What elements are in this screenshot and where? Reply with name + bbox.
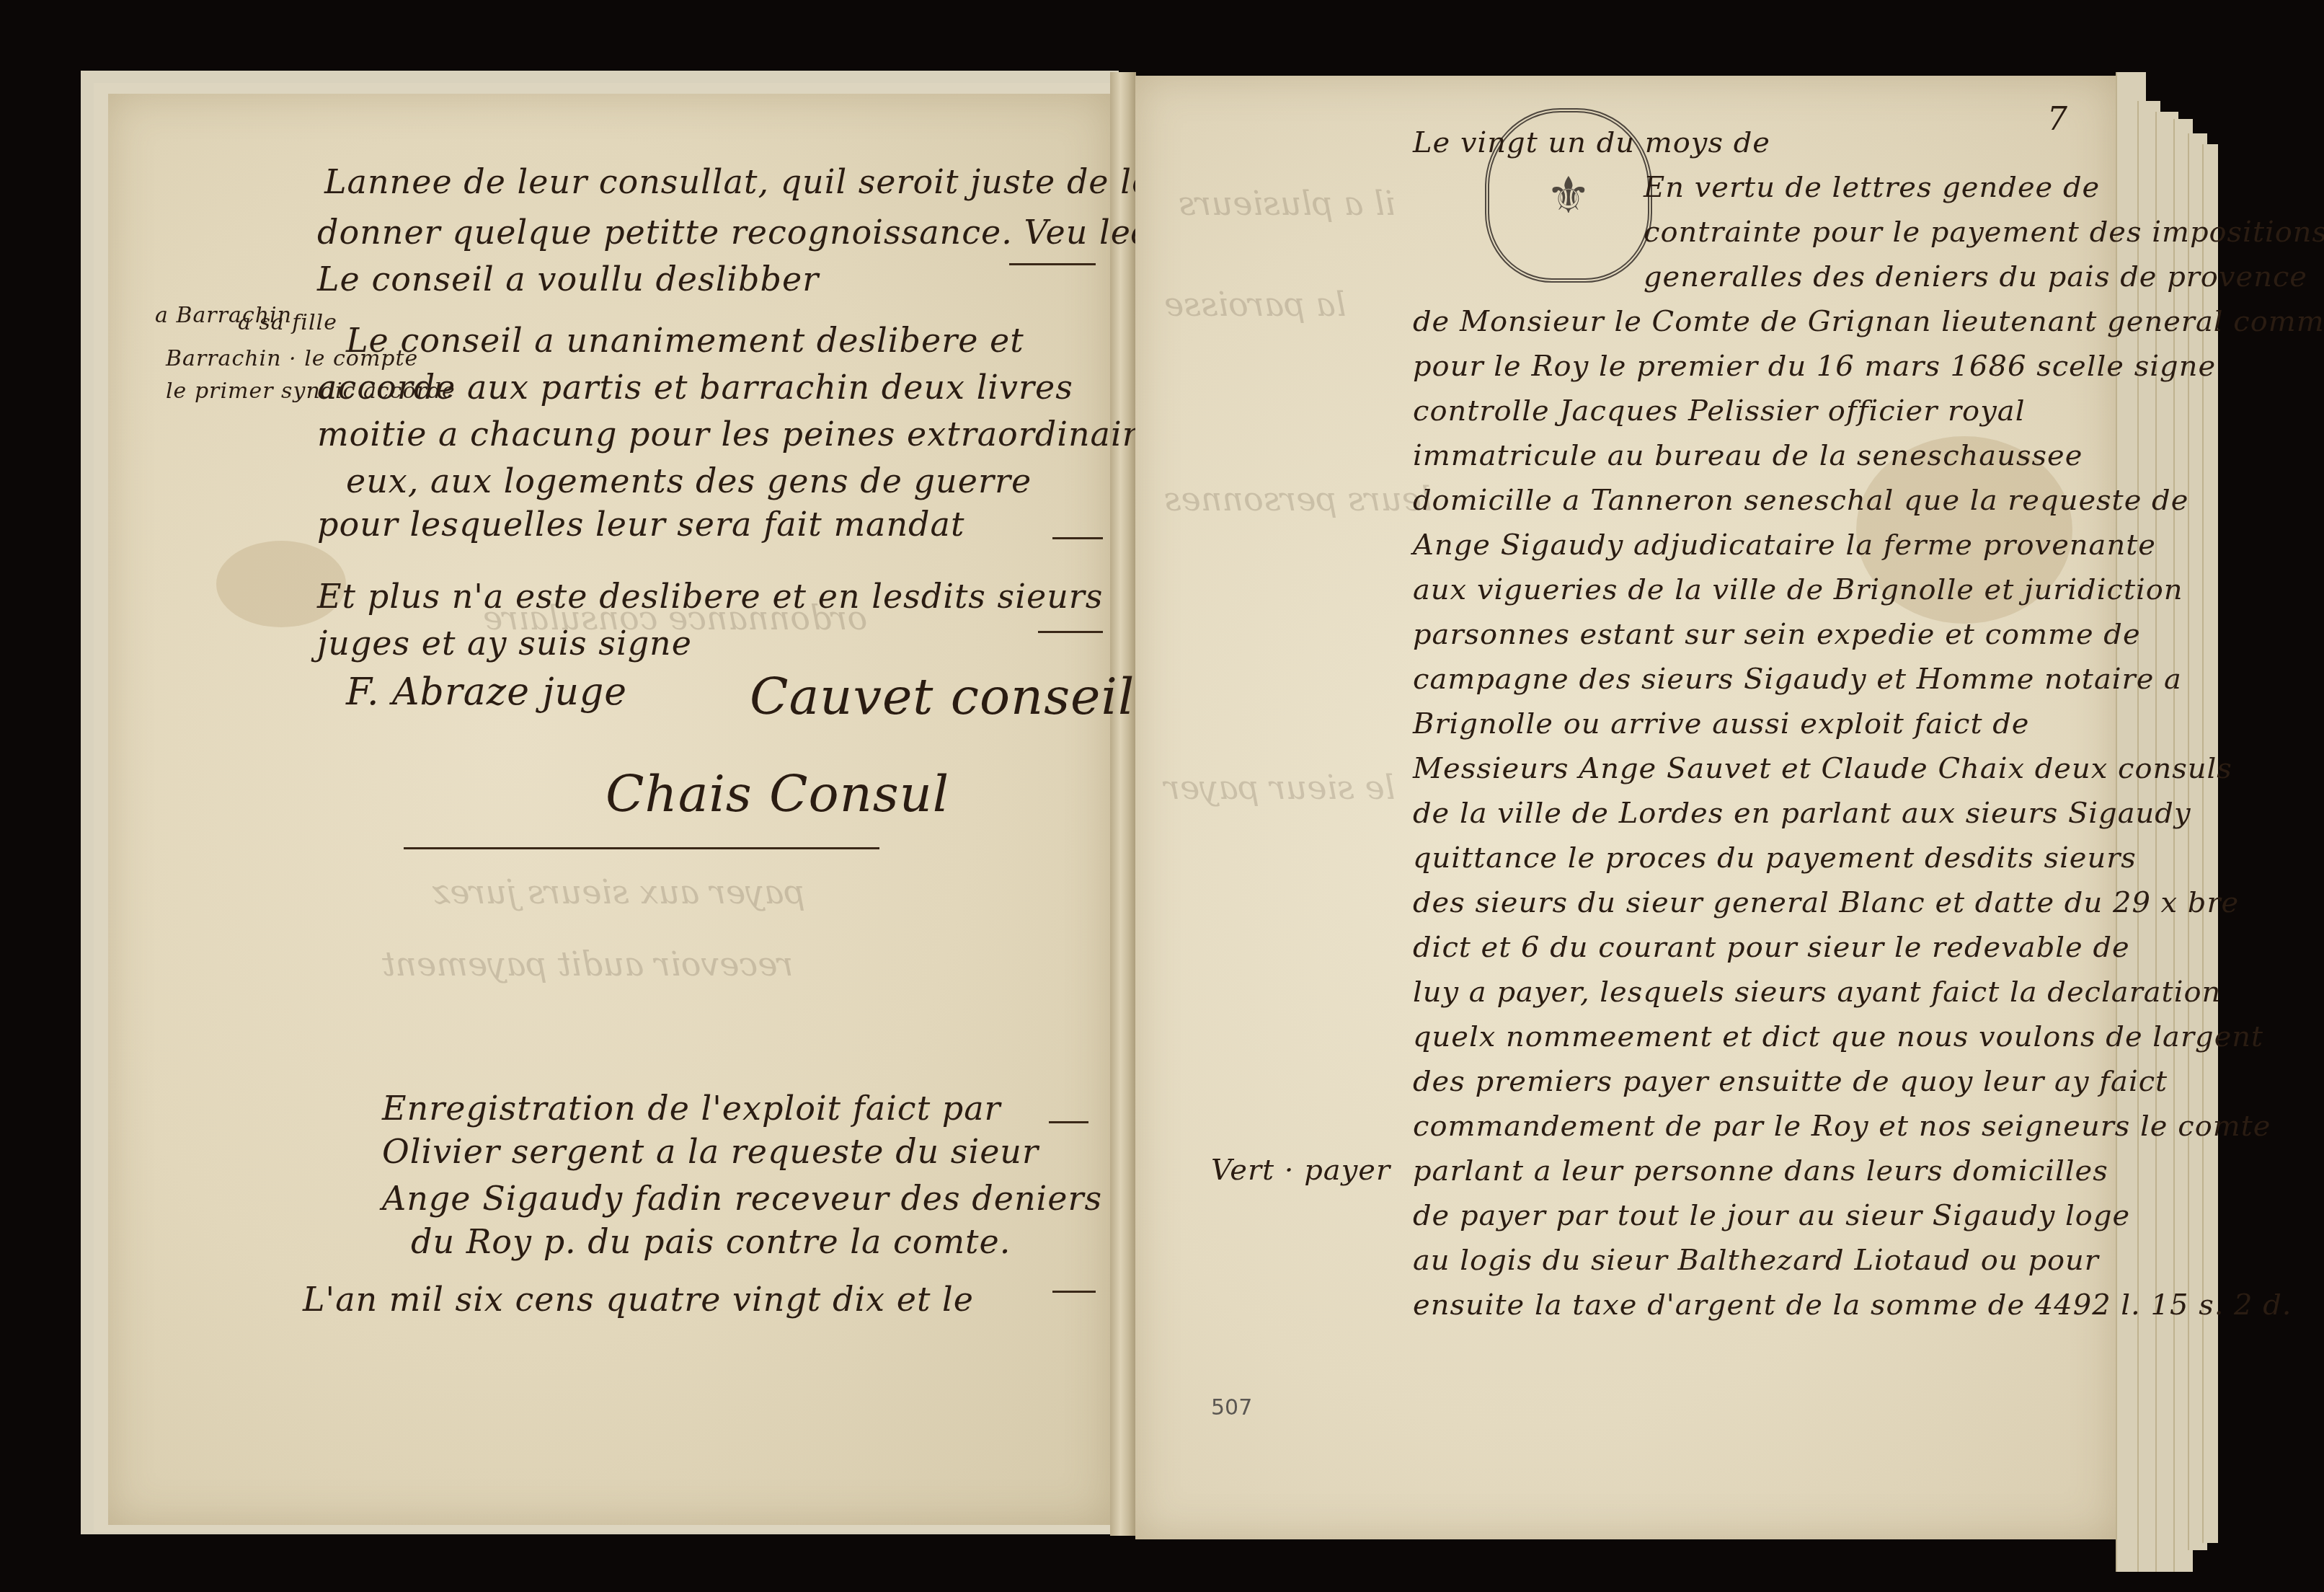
binding-gutter [1110, 72, 1136, 1536]
entry2-line-2: Olivier sergent a la requeste du sieur [382, 1132, 1039, 1171]
right-line-8: immatricule au bureau de la seneschausse… [1413, 439, 2083, 472]
bleed-through-text: il a plusieurs [1179, 184, 1396, 223]
right-line-25: de payer par tout le jour au sieur Sigau… [1413, 1199, 2130, 1232]
right-line-20: luy a payer, lesquels sieurs ayant faict… [1413, 976, 2221, 1009]
left-line-7: eux, aux logements des gens de guerre [346, 461, 1032, 500]
left-line-4: Le conseil a unanimement deslibere et [346, 321, 1024, 360]
margin-note-2: a sa fille [238, 310, 337, 335]
line-end-dash [1049, 1121, 1088, 1123]
line-end-dash [1009, 263, 1096, 265]
right-line-3: contrainte pour le payement des impositi… [1644, 216, 2324, 249]
right-line-24: parlant a leur personne dans leurs domic… [1413, 1154, 2108, 1188]
left-line-2: donner quelque petitte recognoissance. V… [317, 213, 1179, 252]
entry2-line-3: Ange Sigaudy fadin receveur des deniers [382, 1179, 1102, 1218]
pencil-folio-number: 507 [1211, 1395, 1252, 1420]
right-line-27: ensuite la taxe d'argent de la somme de … [1413, 1288, 2292, 1322]
right-line-17: quittance le proces du payement desdits … [1413, 841, 2137, 875]
signature-conseil: Cauvet conseil [750, 667, 1135, 726]
left-line-5: accorde aux partis et barrachin deux liv… [317, 368, 1073, 407]
right-margin-note: Vert · payer [1211, 1154, 1391, 1187]
right-line-23: commandement de par le Roy et nos seigne… [1413, 1110, 2271, 1143]
bleed-through-text: payer aux sieurs jurez [433, 872, 805, 911]
bleed-through-text: recevoir audit payement [382, 945, 794, 983]
right-line-2: En vertu de lettres gendee de [1644, 171, 2100, 204]
left-line-10: juges et ay suis signe [317, 624, 692, 663]
right-line-13: campagne des sieurs Sigaudy et Homme not… [1413, 663, 2182, 696]
right-line-21: quelx nommeement et dict que nous voulon… [1413, 1020, 2263, 1053]
right-line-12: parsonnes estant sur sein expedie et com… [1413, 618, 2141, 651]
right-line-10: Ange Sigaudy adjudicataire la ferme prov… [1413, 529, 2156, 562]
folio-number: 7 [2047, 101, 2068, 138]
entry2-line-5: L'an mil six cens quatre vingt dix et le [303, 1280, 974, 1319]
line-end-dash [1052, 537, 1103, 539]
right-line-18: des sieurs du sieur general Blanc et dat… [1413, 886, 2239, 919]
right-line-4: generalles des deniers du pais de proven… [1644, 260, 2307, 293]
right-line-19: dict et 6 du courant pour sieur le redev… [1413, 931, 2130, 964]
signature-rule [404, 847, 879, 849]
entry2-line-1: Enregistration de l'exploit faict par [382, 1089, 1001, 1128]
bleed-through-text: la paroisse [1164, 285, 1346, 324]
right-line-1: Le vingt un du moys de [1413, 126, 1770, 159]
right-line-9: domicille a Tanneron seneschal que la re… [1413, 484, 2188, 517]
signature-consul: Chais Consul [606, 764, 949, 823]
left-line-1: Lannee de leur consullat, quil seroit ju… [324, 162, 1191, 201]
right-line-15: Messieurs Ange Sauvet et Claude Chaix de… [1413, 752, 2232, 785]
left-line-3: Le conseil a voullu deslibber [317, 260, 819, 298]
entry2-line-4: du Roy p. du pais contre la comte. [411, 1222, 1011, 1261]
left-line-6: moitie a chacung pour les peines extraor… [317, 415, 1247, 454]
right-line-14: Brignolle ou arrive aussi exploit faict … [1413, 707, 2030, 740]
bleed-through-text: leurs personnes [1164, 479, 1432, 518]
right-line-26: au logis du sieur Balthezard Liotaud ou … [1413, 1244, 2099, 1277]
line-end-dash [1038, 631, 1103, 633]
right-line-11: aux vigueries de la ville de Brignolle e… [1413, 573, 2183, 606]
right-line-6: pour le Roy le premier du 16 mars 1686 s… [1413, 350, 2216, 383]
right-line-5: de Monsieur le Comte de Grignan lieutena… [1413, 305, 2324, 338]
bleed-through-text: le sieur payer [1164, 768, 1395, 807]
right-line-7: controlle Jacques Pelissier officier roy… [1413, 394, 2025, 428]
line-end-dash [1052, 1291, 1096, 1293]
signature-juge: F. Abraze juge [346, 671, 627, 714]
left-line-8: pour lesquelles leur sera fait mandat [317, 505, 964, 544]
right-line-16: de la ville de Lordes en parlant aux sie… [1413, 797, 2191, 830]
left-line-9: Et plus n'a este deslibere et en lesdits… [317, 577, 1103, 616]
right-line-22: des premiers payer ensuitte de quoy leur… [1413, 1065, 2168, 1098]
